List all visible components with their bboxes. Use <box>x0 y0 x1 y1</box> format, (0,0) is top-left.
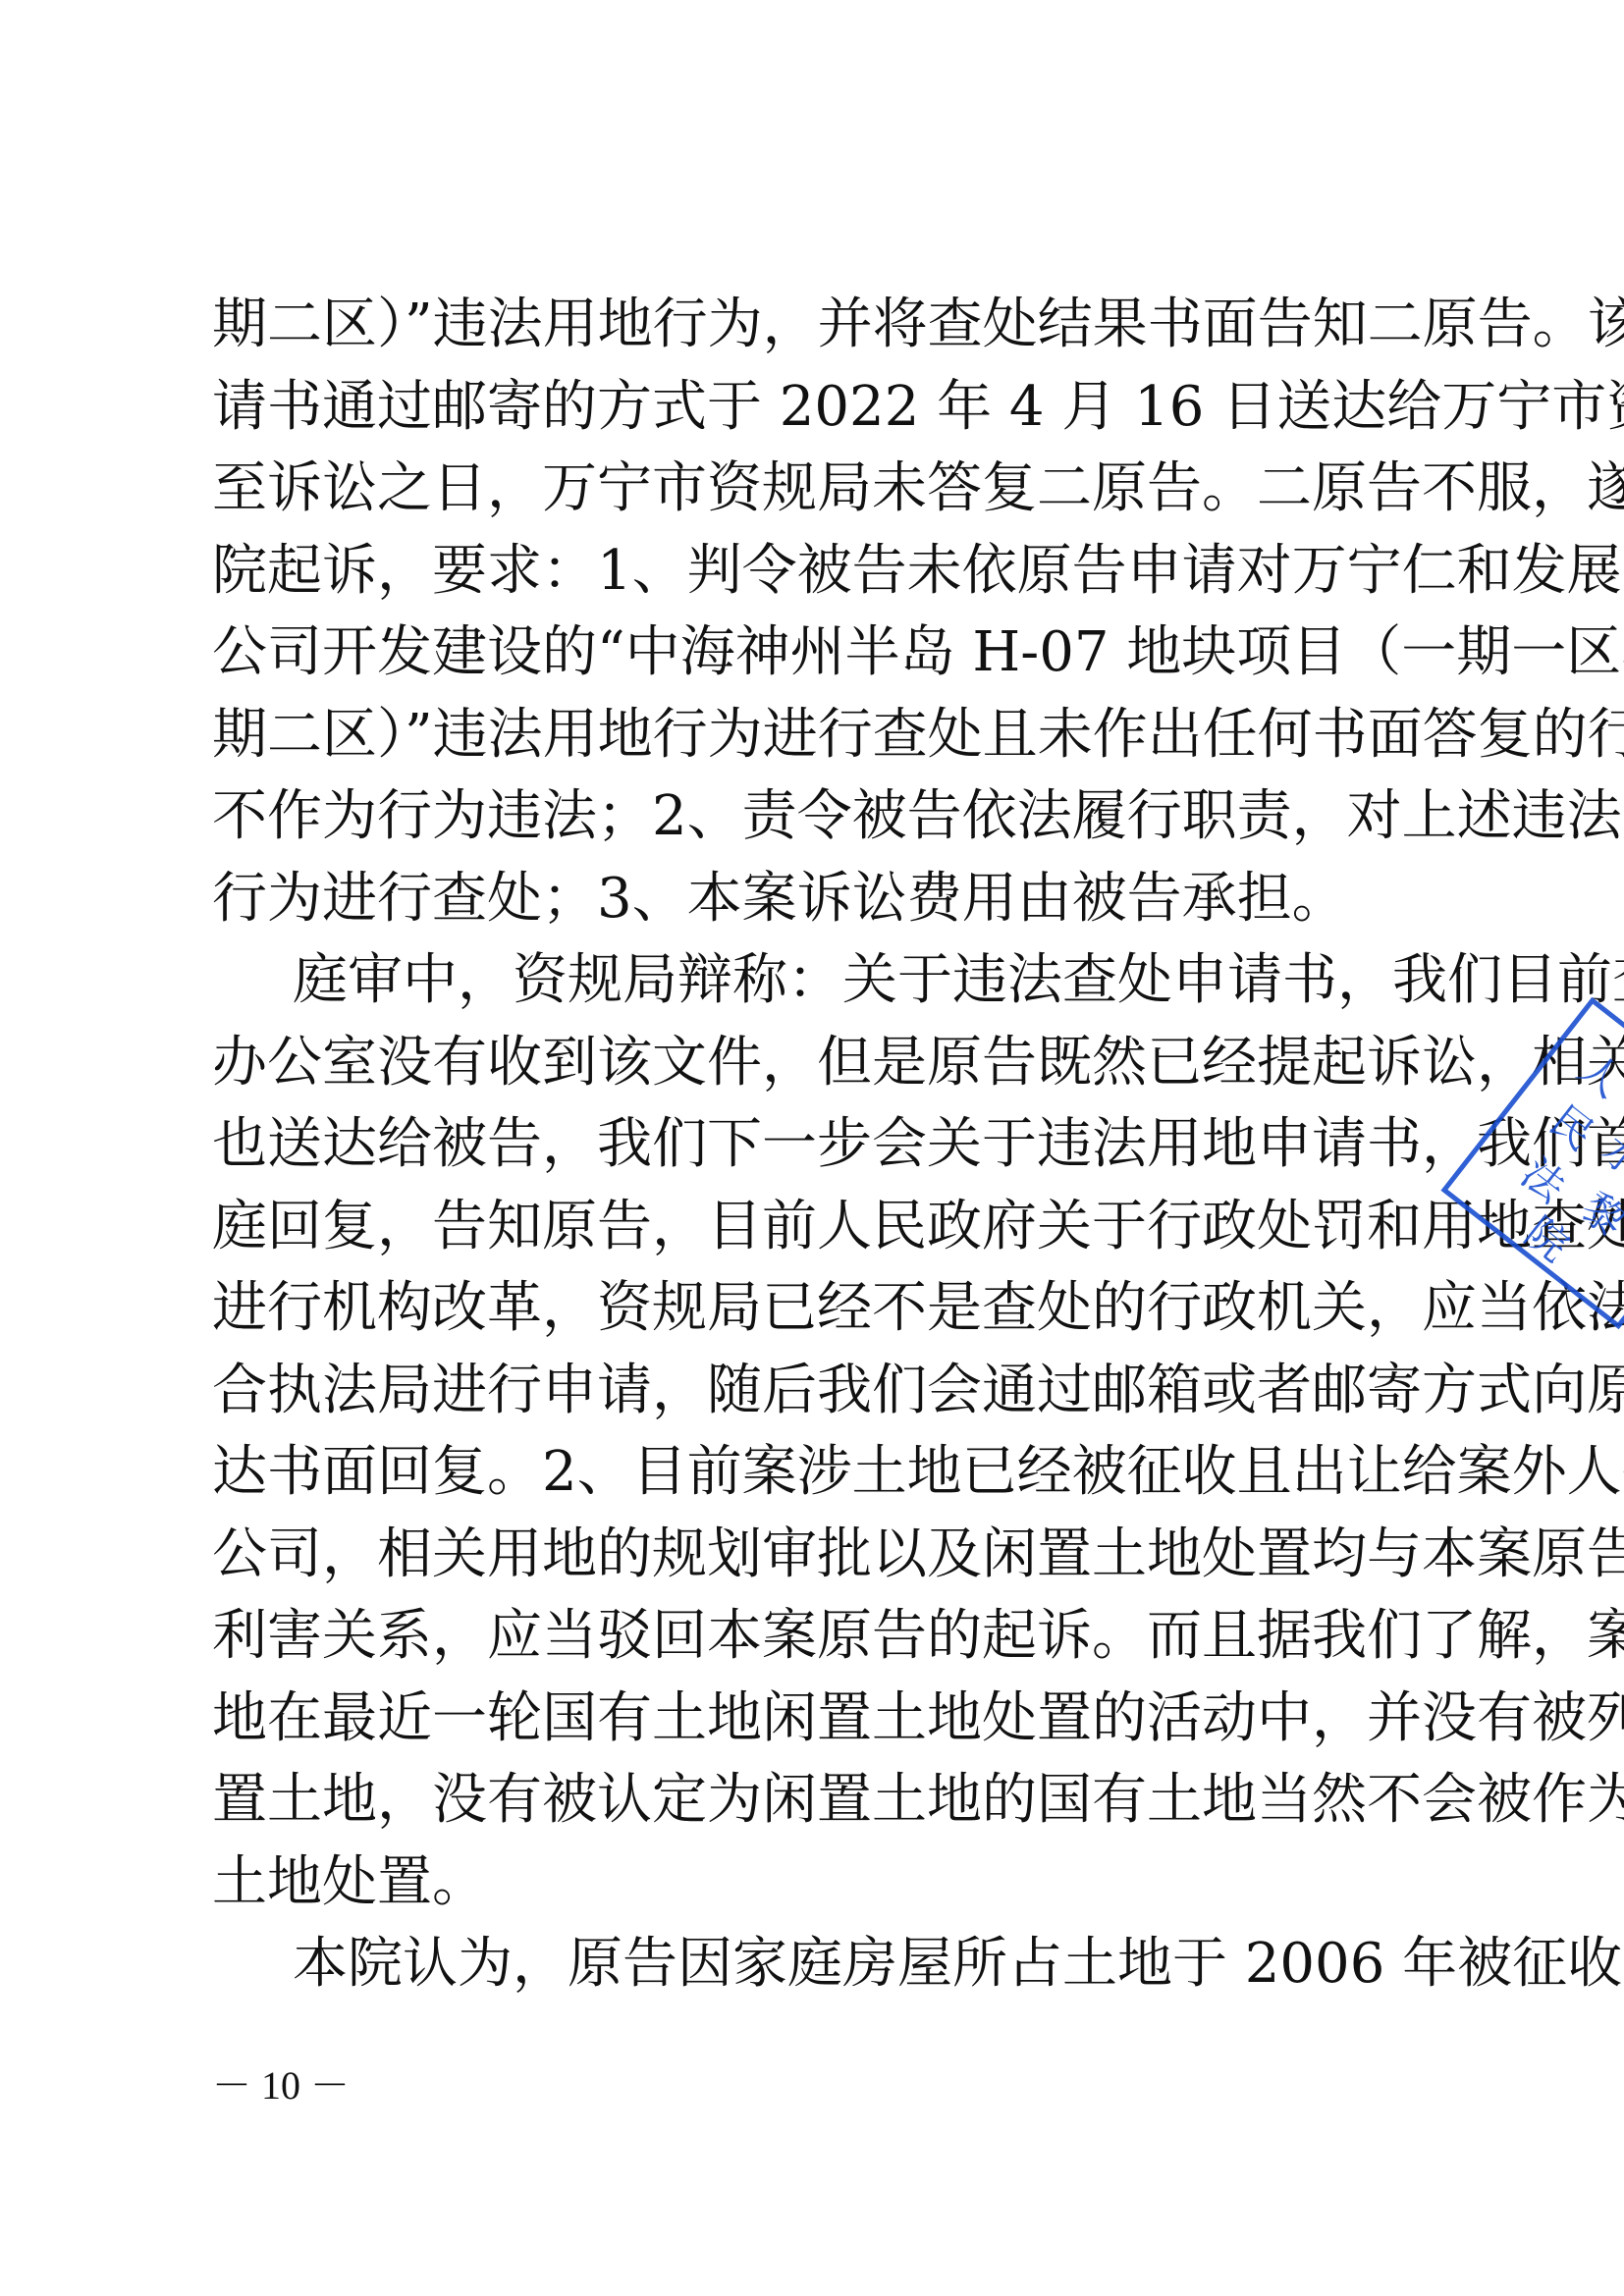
text-line: 也送达给被告，我们下一步会关于违法用地申请书，我们首先当 <box>212 1110 1412 1179</box>
text-line: 期二区）”违法用地行为进行查处且未作出任何书面答复的行政 <box>212 701 1412 770</box>
text-line: 院起诉，要求：1、判令被告未依原告申请对万宁仁和发展有限 <box>212 537 1412 606</box>
text-line: 地在最近一轮国有土地闲置土地处置的活动中，并没有被列为闲 <box>212 1684 1412 1753</box>
text-line: 庭审中，资规局辩称：关于违法查处申请书，我们目前查询 <box>293 946 1412 1015</box>
stamp-char: 院 <box>1514 1201 1583 1273</box>
text-line: 达书面回复。2、目前案涉土地已经被征收且出让给案外人仁和 <box>212 1438 1412 1507</box>
page-number: － 10 － <box>212 2061 350 2110</box>
text-line: 期二区）”违法用地行为，并将查处结果书面告知二原告。该申 <box>212 291 1412 359</box>
text-line: 进行机构改革，资规局已经不是查处的行政机关，应当依法向综 <box>212 1274 1412 1343</box>
text-line: 庭回复，告知原告，目前人民政府关于行政处罚和用地查处已经 <box>212 1193 1412 1261</box>
text-line: 土地处置。 <box>212 1848 1412 1917</box>
text-line: 请书通过邮寄的方式于 2022 年 4 月 16 日送达给万宁市资规局。 <box>212 373 1412 442</box>
stamp-char: 黎 <box>1571 1177 1624 1249</box>
text-line: 行为进行查处；3、本案诉讼费用由被告承担。 <box>212 865 1412 934</box>
text-line: 本院认为，原告因家庭房屋所占土地于 2006 年被征收，但 <box>293 1930 1412 1999</box>
text-line: 置土地，没有被认定为闲置土地的国有土地当然不会被作为闲置 <box>212 1766 1412 1835</box>
text-line: 合执法局进行申请，随后我们会通过邮箱或者邮寄方式向原告送 <box>212 1357 1412 1425</box>
text-line: 至诉讼之日，万宁市资规局未答复二原告。二原告不服，遂向本 <box>212 454 1412 523</box>
text-line: 办公室没有收到该文件，但是原告既然已经提起诉讼，相关证据 <box>212 1029 1412 1097</box>
text-line: 公司开发建设的“中海神州半岛 H-07 地块项目（一期一区、一 <box>212 618 1412 687</box>
text-line: 不作为行为违法；2、责令被告依法履行职责，对上述违法用地 <box>212 782 1412 851</box>
text-line: 公司，相关用地的规划审批以及闲置土地处置均与本案原告没有 <box>212 1521 1412 1589</box>
text-line: 利害关系，应当驳回本案原告的起诉。而且据我们了解，案涉宗 <box>212 1602 1412 1671</box>
